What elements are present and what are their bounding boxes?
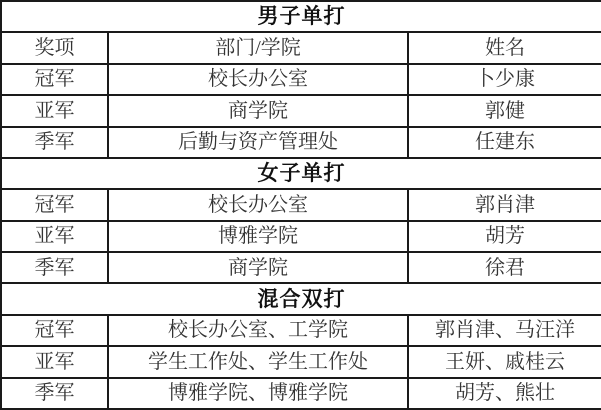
section-title-row-mens-singles: 男子单打 xyxy=(1,1,601,32)
section-title-row-mixed-doubles: 混合双打 xyxy=(1,283,601,314)
award-cell: 季军 xyxy=(1,252,108,283)
column-header-award: 奖项 xyxy=(1,32,108,63)
header-row: 奖项 部门/学院 姓名 xyxy=(1,32,601,63)
column-header-name: 姓名 xyxy=(408,32,601,63)
name-cell: 徐君 xyxy=(408,252,601,283)
competition-results-table: 男子单打 奖项 部门/学院 姓名 冠军 校长办公室 卜少康 亚军 商学院 郭健 … xyxy=(0,0,601,410)
department-cell: 校长办公室 xyxy=(108,64,408,95)
department-cell: 校长办公室 xyxy=(108,189,408,220)
award-cell: 冠军 xyxy=(1,315,108,346)
department-cell: 校长办公室、工学院 xyxy=(108,315,408,346)
table-row: 季军 博雅学院、博雅学院 胡芳、熊壮 xyxy=(1,378,601,410)
award-cell: 冠军 xyxy=(1,189,108,220)
name-cell: 郭健 xyxy=(408,95,601,126)
department-cell: 学生工作处、学生工作处 xyxy=(108,346,408,377)
award-cell: 冠军 xyxy=(1,64,108,95)
table-row: 亚军 商学院 郭健 xyxy=(1,95,601,126)
name-cell: 郭肖津、马汪洋 xyxy=(408,315,601,346)
table-row: 冠军 校长办公室 郭肖津 xyxy=(1,189,601,220)
table-row: 季军 商学院 徐君 xyxy=(1,252,601,283)
table-row: 亚军 博雅学院 胡芳 xyxy=(1,221,601,252)
award-cell: 季军 xyxy=(1,127,108,158)
department-cell: 商学院 xyxy=(108,95,408,126)
department-cell: 后勤与资产管理处 xyxy=(108,127,408,158)
award-cell: 季军 xyxy=(1,378,108,410)
name-cell: 郭肖津 xyxy=(408,189,601,220)
table-row: 季军 后勤与资产管理处 任建东 xyxy=(1,127,601,158)
award-cell: 亚军 xyxy=(1,346,108,377)
name-cell: 胡芳、熊壮 xyxy=(408,378,601,410)
table-row: 冠军 校长办公室 卜少康 xyxy=(1,64,601,95)
section-title-womens-singles: 女子单打 xyxy=(1,158,601,189)
name-cell: 任建东 xyxy=(408,127,601,158)
department-cell: 商学院 xyxy=(108,252,408,283)
section-title-mixed-doubles: 混合双打 xyxy=(1,283,601,314)
award-cell: 亚军 xyxy=(1,221,108,252)
section-title-row-womens-singles: 女子单打 xyxy=(1,158,601,189)
competition-results-page: 男子单打 奖项 部门/学院 姓名 冠军 校长办公室 卜少康 亚军 商学院 郭健 … xyxy=(0,0,601,410)
name-cell: 王妍、戚桂云 xyxy=(408,346,601,377)
column-header-department: 部门/学院 xyxy=(108,32,408,63)
award-cell: 亚军 xyxy=(1,95,108,126)
section-title-mens-singles: 男子单打 xyxy=(1,1,601,32)
table-row: 冠军 校长办公室、工学院 郭肖津、马汪洋 xyxy=(1,315,601,346)
department-cell: 博雅学院、博雅学院 xyxy=(108,378,408,410)
name-cell: 卜少康 xyxy=(408,64,601,95)
name-cell: 胡芳 xyxy=(408,221,601,252)
table-row: 亚军 学生工作处、学生工作处 王妍、戚桂云 xyxy=(1,346,601,377)
department-cell: 博雅学院 xyxy=(108,221,408,252)
